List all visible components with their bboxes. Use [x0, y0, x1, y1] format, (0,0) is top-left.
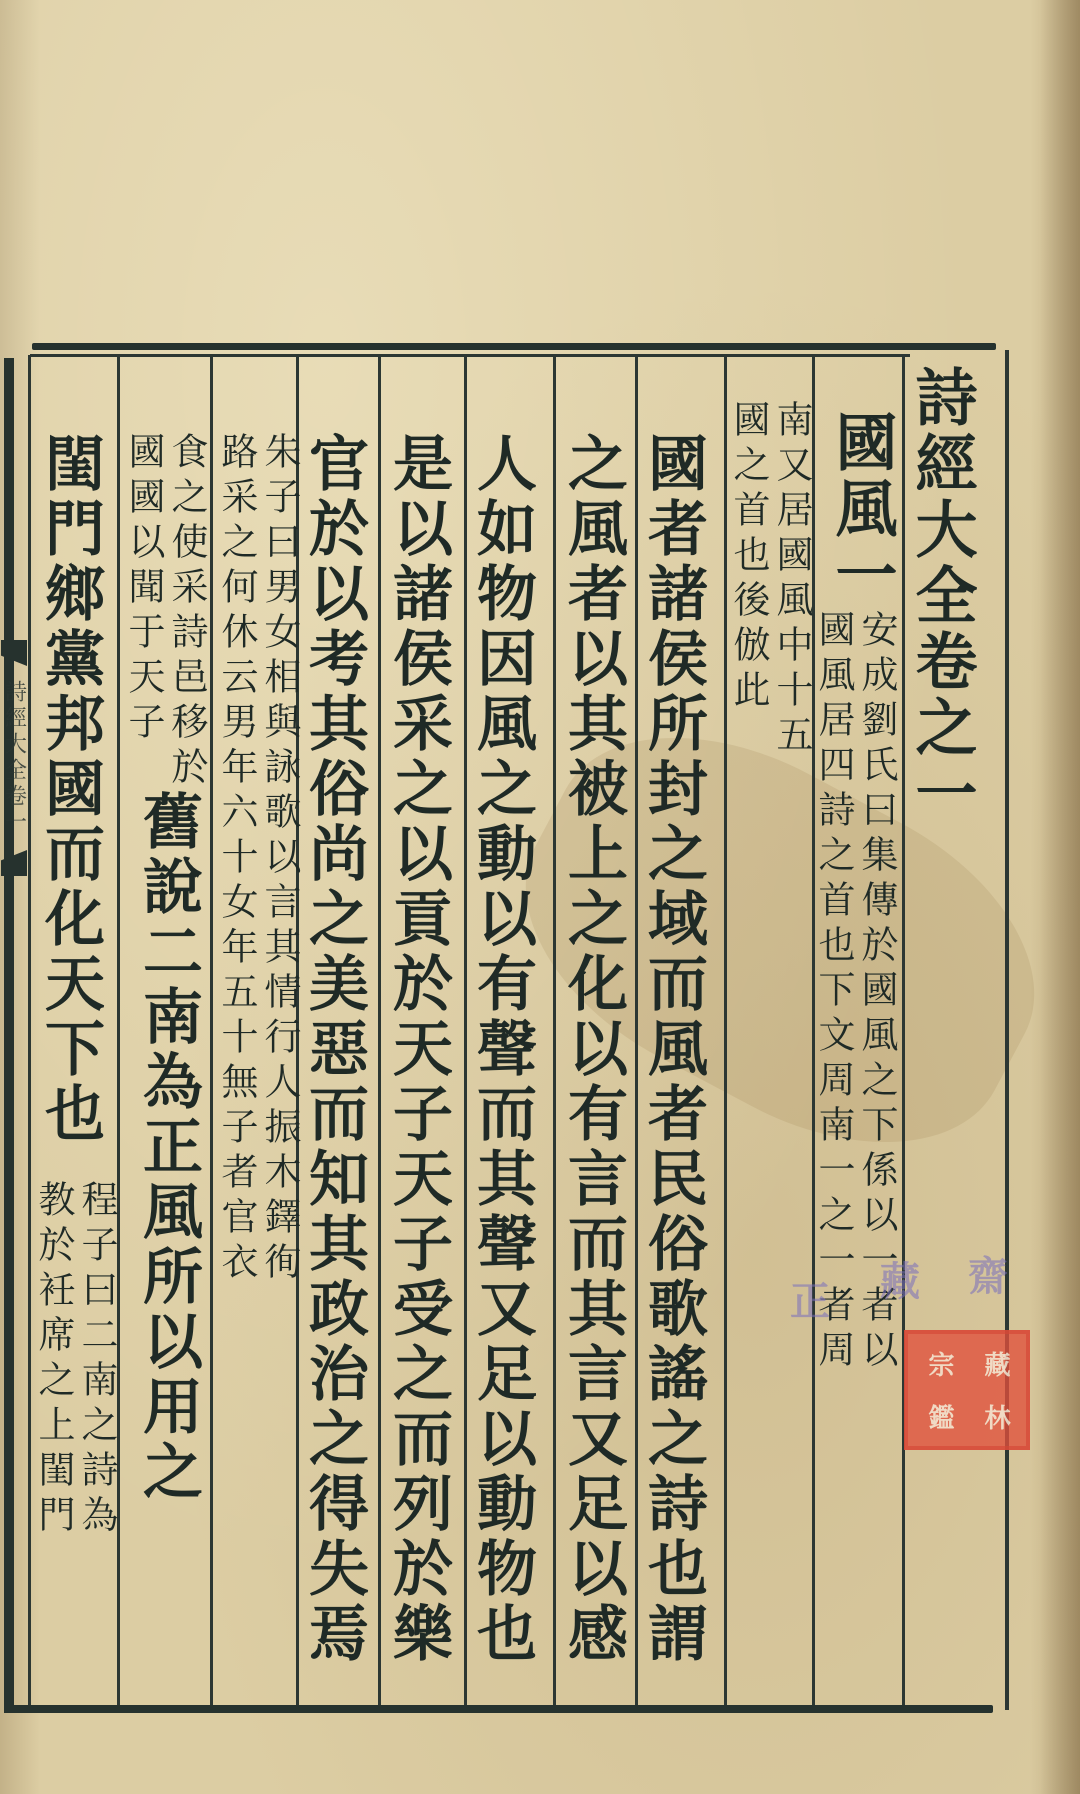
- heading-note-left: 國風居四詩之首也下文周南一之一者周: [815, 610, 852, 1375]
- column-rule: [210, 355, 213, 1705]
- banxin-fold-center: 詩經大全卷一: [0, 640, 28, 1060]
- column-rule: [378, 355, 381, 1705]
- frame-top-inner-border: [30, 354, 910, 357]
- last-column-note: 程子曰二南之詩為 教於衽席之上閨門: [35, 1180, 115, 1540]
- seal-char: 鑑: [912, 1391, 966, 1442]
- last-note-left: 教於衽席之上閨門: [35, 1180, 72, 1540]
- last-main-column: 閨門鄉黨邦國而化天下也: [40, 432, 100, 1147]
- commentary-left-bottom: 國國以聞于天子: [125, 432, 162, 792]
- zhuxi-commentary: 朱子曰男女相與詠歌以言其情行人振木鐸徇 路采之何休云男年六十女年五十無子者官衣: [218, 432, 298, 1287]
- ink-stamp-char: 齋: [968, 1245, 1008, 1302]
- ink-stamp-char: 正: [790, 1270, 830, 1327]
- banxin-title: 詩經大全卷一: [0, 680, 30, 836]
- note-left: 國之首也後倣此: [730, 400, 767, 760]
- fishtail-top-icon: [1, 640, 27, 666]
- main-column-4: 是以諸侯采之以貢於天子天子受之而列於樂: [388, 432, 448, 1667]
- zhuxi-commentary-middle: 路采之何休云男年六十女年五十無子者官衣: [218, 432, 255, 1287]
- section-heading: 國風一: [830, 410, 892, 608]
- frame-top-border: [32, 343, 996, 350]
- last-note-right: 程子曰二南之詩為: [78, 1180, 115, 1540]
- fishtail-bottom-icon: [1, 850, 27, 876]
- main-column-1: 國者諸侯所封之域而風者民俗歌謠之詩也謂: [643, 432, 703, 1667]
- seal-char: 林: [968, 1391, 1022, 1442]
- note-column: 南又居國風中十五 國之首也後倣此: [730, 400, 810, 760]
- main-column-3: 人如物因風之動以有聲而其聲又足以動物也: [472, 432, 532, 1667]
- zhuxi-commentary-right: 朱子曰男女相與詠歌以言其情行人振木鐸徇: [261, 432, 298, 1287]
- page-edge-shadow: [1040, 0, 1080, 1794]
- main-column-2: 之風者以其被上之化以有言而其言又足以感: [563, 432, 623, 1667]
- note-right: 南又居國風中十五: [773, 400, 810, 760]
- commentary-continuation: 食之使采詩邑移於 國國以聞于天子: [125, 432, 205, 792]
- column-rule: [28, 355, 31, 1705]
- frame-right-border: [1005, 350, 1009, 1710]
- jiushuo-text: 舊說二南為正風所以用之: [138, 790, 198, 1505]
- commentary-left-top: 食之使采詩邑移於: [168, 432, 205, 792]
- collector-seal: 宗 藏 鑑 林: [904, 1330, 1030, 1450]
- seal-char: 宗: [912, 1338, 966, 1389]
- volume-title: 詩經大全卷之一: [910, 365, 972, 827]
- column-rule: [553, 355, 556, 1705]
- frame-bottom-border: [8, 1705, 993, 1713]
- ink-stamp-char: 藏: [880, 1250, 920, 1307]
- seal-char: 藏: [968, 1338, 1022, 1389]
- main-column-5: 官於以考其俗尚之美惡而知其政治之得失焉: [304, 432, 364, 1667]
